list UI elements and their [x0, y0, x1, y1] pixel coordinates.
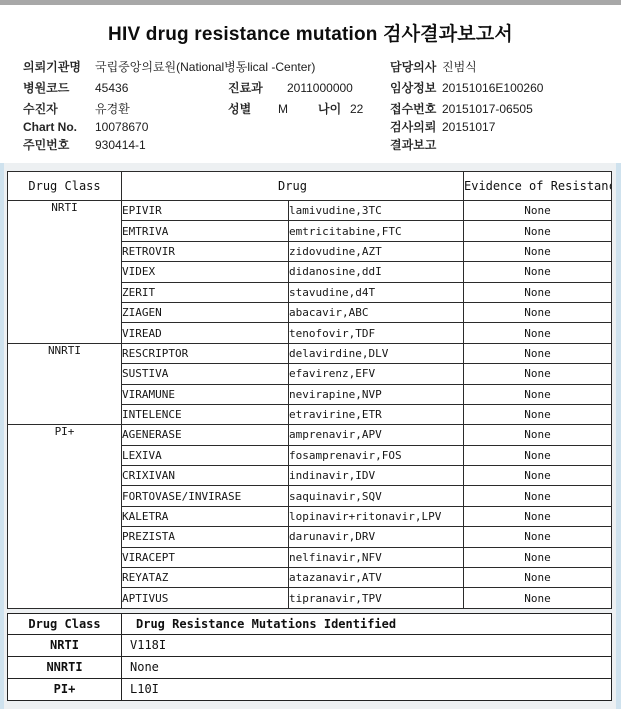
drug-generic-cell: tipranavir,TPV: [289, 588, 464, 608]
chart-no-value: 10078670: [95, 120, 148, 135]
evidence-cell: None: [464, 384, 612, 404]
drug-generic-cell: delavirdine,DLV: [289, 343, 464, 363]
chart-no-label: Chart No.: [23, 120, 77, 135]
mutation-drug-class-cell: NNRTI: [8, 656, 122, 678]
hospital-code-label: 병원코드: [23, 81, 69, 96]
drug-generic-cell: amprenavir,APV: [289, 425, 464, 445]
requesting-org-value: 국립중앙의료원(National병동lical -Center): [95, 60, 315, 75]
sex-label: 성별: [228, 102, 251, 117]
test-request-label: 검사의뢰: [390, 120, 436, 135]
evidence-cell: None: [464, 486, 612, 506]
drug-class-cell: PI+: [8, 425, 122, 609]
resistance-table: Drug Class Drug Evidence of Resistance N…: [7, 171, 612, 609]
patient-info-section: 의뢰기관명 국립중앙의료원(National병동lical -Center) 병…: [0, 0, 621, 163]
evidence-cell: None: [464, 302, 612, 322]
evidence-cell: None: [464, 343, 612, 363]
drug-generic-cell: efavirenz,EFV: [289, 364, 464, 384]
drug-class-cell: NNRTI: [8, 343, 122, 425]
drug-brand-cell: CRIXIVAN: [122, 466, 289, 486]
col-header-drug: Drug: [122, 172, 464, 201]
mutation-row: NRTIV118I: [8, 634, 612, 656]
drug-generic-cell: nevirapine,NVP: [289, 384, 464, 404]
age-value: 22: [350, 102, 363, 117]
resident-no-label: 주민번호: [23, 138, 69, 153]
resident-no-value: 930414-1: [95, 138, 146, 153]
drug-brand-cell: VIREAD: [122, 323, 289, 343]
evidence-cell: None: [464, 201, 612, 221]
department-value: 2011000000: [287, 81, 353, 96]
drug-brand-cell: VIDEX: [122, 262, 289, 282]
drug-generic-cell: nelfinavir,NFV: [289, 547, 464, 567]
doctor-value: 진범식: [442, 60, 477, 75]
evidence-cell: None: [464, 323, 612, 343]
evidence-cell: None: [464, 506, 612, 526]
patient-label: 수진자: [23, 102, 58, 117]
drug-brand-cell: APTIVUS: [122, 588, 289, 608]
drug-brand-cell: EPIVIR: [122, 201, 289, 221]
mutation-table: Drug Class Drug Resistance Mutations Ide…: [7, 613, 612, 701]
drug-class-cell: NRTI: [8, 201, 122, 344]
drug-brand-cell: RESCRIPTOR: [122, 343, 289, 363]
mutation-row: PI+L10I: [8, 678, 612, 700]
drug-brand-cell: INTELENCE: [122, 404, 289, 424]
drug-generic-cell: abacavir,ABC: [289, 302, 464, 322]
evidence-cell: None: [464, 466, 612, 486]
department-label: 진료과: [228, 81, 263, 96]
sex-value: M: [278, 102, 288, 117]
evidence-cell: None: [464, 282, 612, 302]
result-report-label: 결과보고: [390, 138, 436, 153]
evidence-cell: None: [464, 364, 612, 384]
drug-generic-cell: darunavir,DRV: [289, 527, 464, 547]
evidence-cell: None: [464, 241, 612, 261]
hospital-code-value: 45436: [95, 81, 128, 96]
mutations-identified-cell: V118I: [122, 634, 612, 656]
receipt-no-value: 20151017-06505: [442, 102, 533, 117]
evidence-cell: None: [464, 527, 612, 547]
drug-generic-cell: stavudine,d4T: [289, 282, 464, 302]
mutation-row: NNRTINone: [8, 656, 612, 678]
evidence-cell: None: [464, 588, 612, 608]
drug-brand-cell: REYATAZ: [122, 568, 289, 588]
drug-generic-cell: lamivudine,3TC: [289, 201, 464, 221]
drug-generic-cell: etravirine,ETR: [289, 404, 464, 424]
evidence-cell: None: [464, 221, 612, 241]
evidence-cell: None: [464, 262, 612, 282]
drug-generic-cell: zidovudine,AZT: [289, 241, 464, 261]
clinical-info-value: 20151016E100260: [442, 81, 543, 96]
clinical-info-label: 임상정보: [390, 81, 436, 96]
drug-brand-cell: RETROVIR: [122, 241, 289, 261]
drug-generic-cell: didanosine,ddI: [289, 262, 464, 282]
mutation-drug-class-cell: NRTI: [8, 634, 122, 656]
resistance-table-header-row: Drug Class Drug Evidence of Resistance: [8, 172, 612, 201]
drug-brand-cell: VIRAMUNE: [122, 384, 289, 404]
col-header-drug-class: Drug Class: [8, 172, 122, 201]
drug-brand-cell: KALETRA: [122, 506, 289, 526]
drug-generic-cell: atazanavir,ATV: [289, 568, 464, 588]
age-label: 나이: [318, 102, 341, 117]
col-header-mutations: Drug Resistance Mutations Identified: [122, 613, 612, 634]
mutation-table-header-row: Drug Class Drug Resistance Mutations Ide…: [8, 613, 612, 634]
col-header-evidence: Evidence of Resistance: [464, 172, 612, 201]
drug-generic-cell: saquinavir,SQV: [289, 486, 464, 506]
drug-brand-cell: LEXIVA: [122, 445, 289, 465]
drug-brand-cell: VIRACEPT: [122, 547, 289, 567]
mutation-drug-class-cell: PI+: [8, 678, 122, 700]
test-request-value: 20151017: [442, 120, 495, 135]
evidence-cell: None: [464, 547, 612, 567]
evidence-cell: None: [464, 425, 612, 445]
drug-generic-cell: tenofovir,TDF: [289, 323, 464, 343]
results-section: Drug Class Drug Evidence of Resistance N…: [0, 163, 621, 709]
doctor-label: 담당의사: [390, 60, 436, 75]
evidence-cell: None: [464, 404, 612, 424]
drug-row: PI+AGENERASEamprenavir,APVNone: [8, 425, 612, 445]
drug-brand-cell: ZERIT: [122, 282, 289, 302]
evidence-cell: None: [464, 445, 612, 465]
drug-brand-cell: AGENERASE: [122, 425, 289, 445]
drug-generic-cell: indinavir,IDV: [289, 466, 464, 486]
drug-generic-cell: fosamprenavir,FOS: [289, 445, 464, 465]
receipt-no-label: 접수번호: [390, 102, 436, 117]
drug-brand-cell: SUSTIVA: [122, 364, 289, 384]
drug-brand-cell: ZIAGEN: [122, 302, 289, 322]
drug-brand-cell: EMTRIVA: [122, 221, 289, 241]
drug-generic-cell: lopinavir+ritonavir,LPV: [289, 506, 464, 526]
col-header-drug-class-2: Drug Class: [8, 613, 122, 634]
evidence-cell: None: [464, 568, 612, 588]
drug-brand-cell: PREZISTA: [122, 527, 289, 547]
drug-generic-cell: emtricitabine,FTC: [289, 221, 464, 241]
mutations-identified-cell: None: [122, 656, 612, 678]
drug-row: NRTIEPIVIRlamivudine,3TCNone: [8, 201, 612, 221]
drug-brand-cell: FORTOVASE/INVIRASE: [122, 486, 289, 506]
patient-value: 유경환: [95, 102, 130, 117]
drug-row: NNRTIRESCRIPTORdelavirdine,DLVNone: [8, 343, 612, 363]
requesting-org-label: 의뢰기관명: [23, 60, 81, 75]
mutations-identified-cell: L10I: [122, 678, 612, 700]
